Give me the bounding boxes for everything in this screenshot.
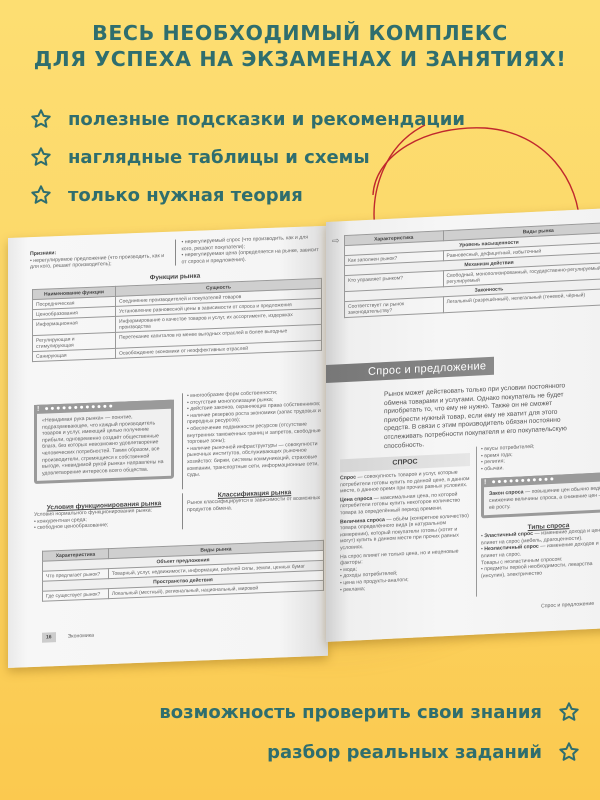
market-types-table-cont: ХарактеристикаВиды рынка Уровень насыщен… <box>344 221 600 318</box>
headline: Весь необходимый комплекс для успеха на … <box>0 20 600 72</box>
feature-item: наглядные таблицы и схемы <box>30 138 465 176</box>
star-outline-icon <box>30 108 52 130</box>
signs-title: Признаки: <box>30 250 56 257</box>
left-page-footer: 16 Экономика <box>42 631 94 643</box>
features-top-list: полезные подсказки и рекомендации нагляд… <box>30 100 465 214</box>
note-bar: ! ●●●●●●●●●●●● <box>34 400 174 414</box>
conditions-block: Условия функционирования рынка Условия н… <box>34 500 174 532</box>
feature-label: только нужная теория <box>68 185 303 206</box>
book-right-page: ⇨ ХарактеристикаВиды рынка Уровень насыщ… <box>326 208 600 642</box>
note-box: ! ●●●●●●●●●●●● «Невидимая рука рынка» — … <box>34 400 174 485</box>
star-outline-icon <box>558 701 580 723</box>
market-types-table: ХарактеристикаВиды рынка Объект предложе… <box>42 540 324 602</box>
signs-block: Признаки: нерегулируемое предложение (чт… <box>30 234 320 272</box>
conditions-list-cont: многообразие форм собственности; отсутст… <box>182 388 322 489</box>
feature-label: разбор реальных заданий <box>267 742 542 763</box>
chapter-title: Спрос и предложение <box>326 357 494 383</box>
feature-item: только нужная теория <box>30 176 465 214</box>
book-left-page: Признаки: нерегулируемое предложение (чт… <box>8 226 328 668</box>
feature-label: полезные подсказки и рекомендации <box>68 109 465 130</box>
star-outline-icon <box>558 741 580 763</box>
feature-label: возможность проверить свои знания <box>159 702 542 723</box>
feature-item: возможность проверить свои знания <box>159 692 580 732</box>
star-outline-icon <box>30 184 52 206</box>
features-bottom-list: возможность проверить свои знания разбор… <box>159 692 580 772</box>
spros-column: СПРОС Спрос — совокупность товаров и усл… <box>340 453 470 593</box>
right-footer-label: Спрос и предложение <box>541 601 594 610</box>
feature-item: полезные подсказки и рекомендации <box>30 100 465 138</box>
divider <box>175 240 176 266</box>
chapter-intro: Рынок может действовать только при услов… <box>384 381 584 451</box>
footer-label: Экономика <box>68 632 94 640</box>
factors-list-cont: вкусы потребителей; время года; религия;… <box>481 440 600 473</box>
feature-item: разбор реальных заданий <box>159 732 580 772</box>
classification-block: Классификация рынка Рынок классифицирует… <box>182 488 322 529</box>
arrow-right-icon: ⇨ <box>332 235 340 246</box>
feature-label: наглядные таблицы и схемы <box>68 147 370 168</box>
note-text: «Невидимая рука рынка» — понятие, подраз… <box>42 413 166 477</box>
law-box: ! ●●●●●●●●●●● Закон спроса — повышение ц… <box>481 472 600 518</box>
spros-column-2: вкусы потребителей; время года; религия;… <box>476 440 600 597</box>
page-number: 16 <box>42 632 56 643</box>
star-outline-icon <box>30 146 52 168</box>
headline-line-1: Весь необходимый комплекс <box>0 20 600 46</box>
chapter-title-band: Спрос и предложение <box>326 356 494 383</box>
headline-line-2: для успеха на экзаменах и занятиях! <box>0 46 600 72</box>
functions-table: Наименование функцииСущность Посредничес… <box>32 278 322 362</box>
